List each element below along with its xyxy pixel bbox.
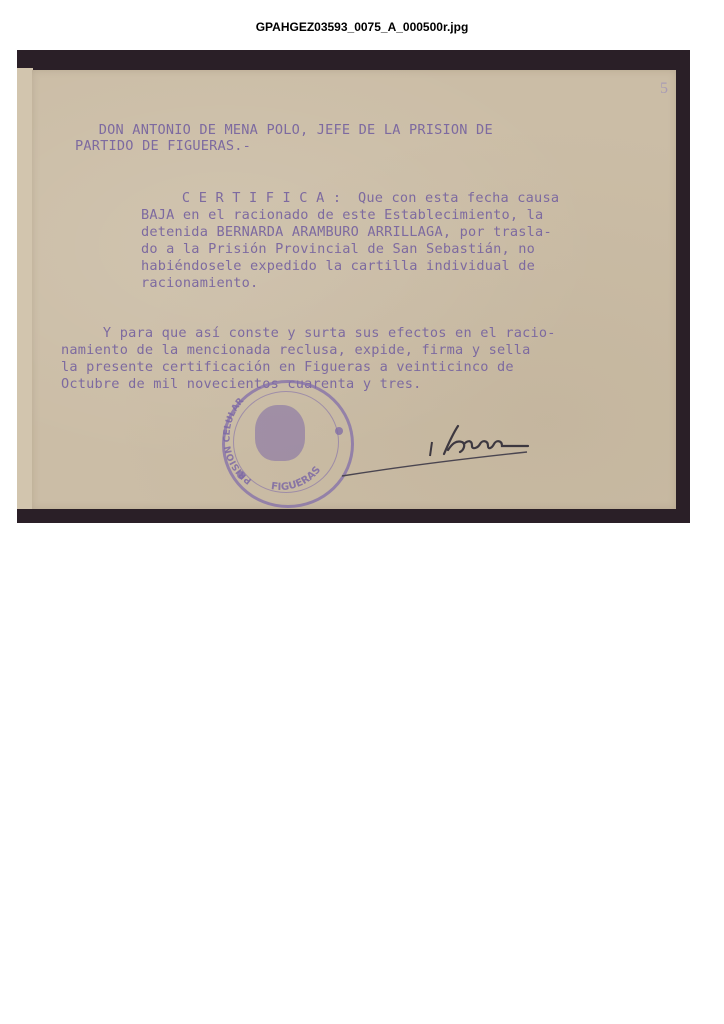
- certifica-line-3: detenida BERNARDA ARAMBURO ARRILLAGA, po…: [141, 224, 552, 241]
- header-line-2: PARTIDO DE FIGUERAS.-: [75, 138, 251, 155]
- certifica-line-5: habiéndosele expedido la cartilla indivi…: [141, 258, 535, 275]
- paper-edge-strip: [17, 68, 33, 509]
- folio-number: 5: [660, 80, 668, 98]
- closing-line-3: la presente certificación en Figueras a …: [61, 359, 514, 376]
- header-line-1: DON ANTONIO DE MENA POLO, JEFE DE LA PRI…: [82, 122, 493, 139]
- scan-frame: 5 DON ANTONIO DE MENA POLO, JEFE DE LA P…: [17, 50, 690, 523]
- closing-line-2: namiento de la mencionada reclusa, expid…: [61, 342, 531, 359]
- seal-text-ring: PRISION CELULAR FIGUERAS: [222, 380, 348, 502]
- certifica-line-4: do a la Prisión Provincial de San Sebast…: [141, 241, 535, 258]
- certifica-line-1: C E R T I F I C A : Que con esta fecha c…: [140, 190, 559, 207]
- svg-text:PRISION CELULAR: PRISION CELULAR: [222, 396, 253, 485]
- svg-text:FIGUERAS: FIGUERAS: [270, 465, 323, 493]
- closing-line-1: Y para que así conste y surta sus efecto…: [61, 325, 556, 342]
- signature-mena: [332, 410, 592, 480]
- certifica-line-2: BAJA en el racionado de este Establecimi…: [141, 207, 543, 224]
- certifica-line-6: racionamiento.: [141, 275, 258, 292]
- file-title: GPAHGEZ03593_0075_A_000500r.jpg: [0, 20, 724, 34]
- document-paper: 5 DON ANTONIO DE MENA POLO, JEFE DE LA P…: [32, 70, 676, 509]
